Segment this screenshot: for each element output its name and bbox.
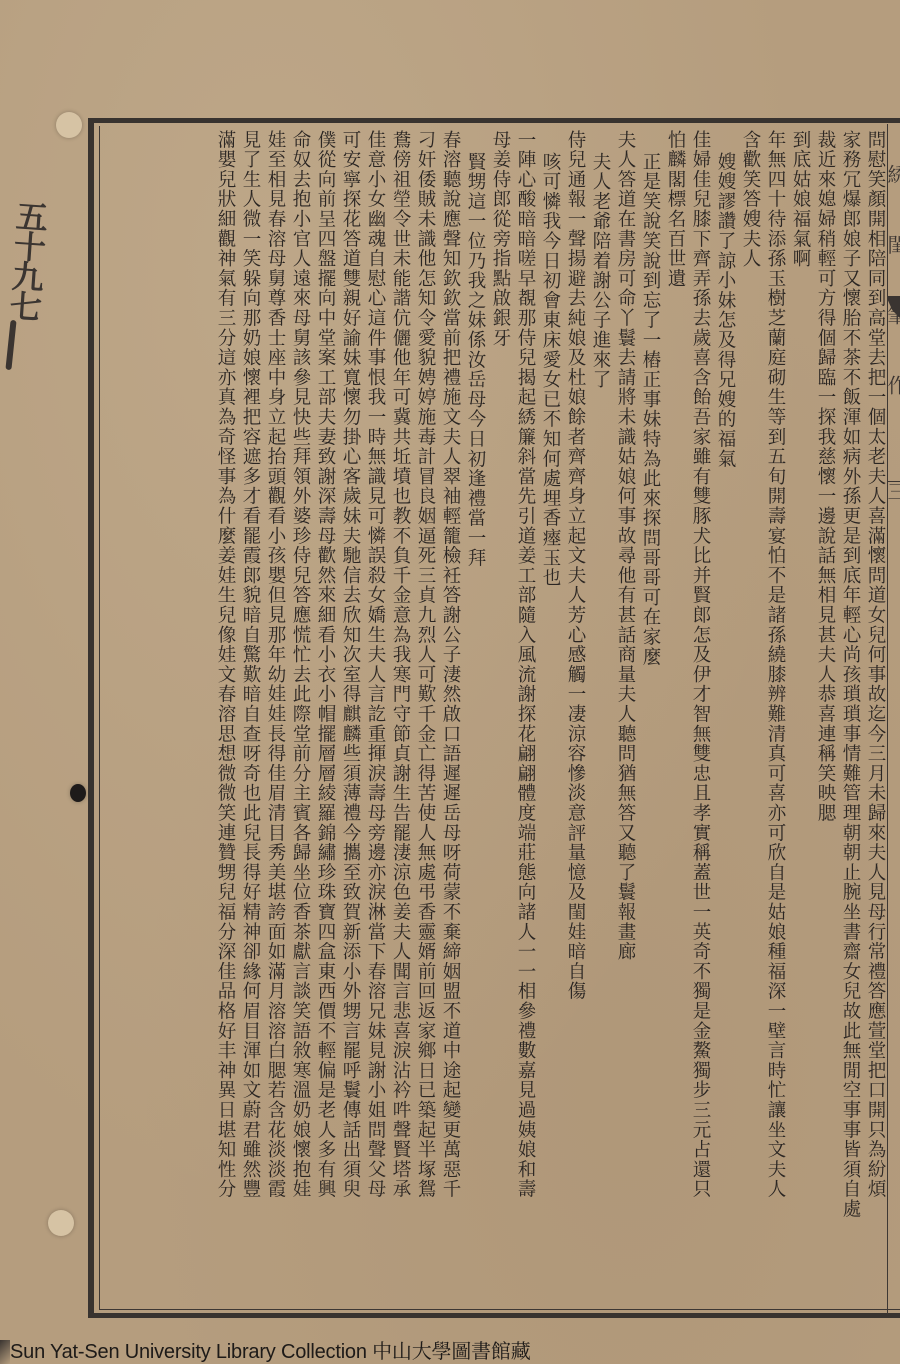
text-column: 裁近來媳婦稍輕可方得個歸臨一探我慈懷一邊說話無相見甚夫人恭喜連稱笑映腮: [815, 130, 835, 823]
text-column: 正是笑說笑說到忘了一樁正事妹特為此來探問哥哥可在家麼: [640, 152, 660, 667]
collection-footer: Sun Yat-Sen University Library Collectio…: [10, 1335, 531, 1364]
page-corner-shadow: [0, 1340, 10, 1364]
text-column: 賢甥這一位乃我之妹係汝岳母今日初逢禮當一拜: [465, 152, 485, 568]
margin-handwritten-note: 五十九七: [0, 199, 54, 322]
banxin-title: 綉 閨 筆 作: [888, 164, 900, 417]
text-column: 僕從向前呈四盤擺向中堂案工部夫妻致謝深壽母歡然來細看小衣小帽擺層層綾羅錦繡珍珠寶…: [315, 130, 335, 1199]
book-page: 五十九七 綉 閨 筆 作 三 問慰笑顏開相陪同到高堂去把一個太老夫人喜滿懷問道女…: [0, 0, 900, 1364]
banxin-fold-column: 綉 閨 筆 作 三: [888, 126, 900, 1311]
text-column: 夫人老爺陪着謝公子進來了: [590, 152, 610, 390]
binding-hole-top: [56, 112, 82, 138]
banxin-page-number: 三: [888, 481, 900, 501]
text-column: 佳婦佳兒膝下齊弄孫去歲喜含飴吾家雖有雙豚犬比并賢郎怎及伊才智無雙忠且孝實稱蓋世一…: [690, 130, 710, 1199]
text-column: 到底姑娘福氣啊: [790, 130, 810, 269]
text-column: 嫂嫂謬讚了諒小妹怎及得兄嫂的福氣: [715, 152, 735, 469]
text-column: 家務冗爆郎娘子又懷胎不茶不飯渾如病外孫更是到底年輕心尚孩瑣瑣事情難管理朝朝止腕坐…: [840, 130, 860, 1219]
text-column: 年無四十待添孫玉樹芝蘭庭砌生等到五旬開壽宴怕不是諸孫繞膝辨難清真可喜亦可欣自是姑…: [765, 130, 785, 1199]
text-column: 見了生人微一笑躲向那奶娘懷裡把容遮多才看罷霞郎貌暗自驚歎暗自查呀奇也此兒長得好精…: [240, 130, 260, 1199]
margin-brush-stroke: [5, 320, 16, 370]
text-column: 咳可憐我今日初會東床愛女已不知何處埋香瘞玉也: [540, 152, 560, 588]
text-column: 含歡笑答嫂夫人: [740, 130, 760, 269]
text-column: 命奴去抱小官人遠來母舅該參見快些拜領外婆珍侍兒答應慌忙去此際堂前分主賓各歸坐位香…: [290, 130, 310, 1199]
text-column: 怕麟閣標名百世遺: [665, 130, 685, 288]
binding-hole-middle: [70, 784, 86, 802]
text-column: 可安寧探花答道雙親好諭妹寬懷勿掛心客歲妹夫馳信去欣知次室得麒麟些須薄禮今攜至致賀…: [340, 130, 360, 1199]
text-column: 侍兒通報一聲揚避去純娘及杜娘餘者齊齊身立起文夫人芳心感觸一凄涼容慘淡意評量憶及閨…: [565, 130, 585, 1001]
text-column: 春溶聽說應聲知欽欽當前把禮施文夫人翠袖輕籠檢衽答謝公子淒然啟口語遲遲岳母呀荷蒙不…: [440, 130, 460, 1199]
text-column: 刁奸倭賊未識他怎知令愛貌娉婷施毒計冒良姻逼死三貞九烈人可歎千金亡得苦使人無處弔香…: [415, 130, 435, 1199]
text-column: 一陣心酸暗暗嗟早覩那侍兒揭起綉簾斜當先引道姜工部隨入風流謝探花翩翩體度端莊態向諸…: [515, 130, 535, 1199]
text-column: 佳意小女幽魂自慰心這件事恨我一時無識見可憐誤殺女嬌生夫人言訖重揮淚壽母旁邊亦淚淋…: [365, 130, 385, 1199]
text-column: 鴦傍祖塋令世未能諧伉儷他年可冀共坵墳也教不負千金意為我寒門守節貞謝生告罷淒涼色姜…: [390, 130, 410, 1199]
binding-hole-bottom: [48, 1210, 74, 1236]
text-column: 問慰笑顏開相陪同到高堂去把一個太老夫人喜滿懷問道女兒何事故迄今三月未歸來夫人見母…: [865, 130, 885, 1199]
text-column: 滿嬰兒狀細觀神氣有三分這亦真為奇怪事為什麼姜娃生兒像娃文春溶思想微微笑連贊甥兒福…: [215, 130, 235, 1199]
text-column: 娃至相見春溶母舅尊香士座中身立起抬頭觀看小孩嬰但見那年幼娃娃長得佳眉清目秀美堪誇…: [265, 130, 285, 1199]
main-text-block: 問慰笑顏開相陪同到高堂去把一個太老夫人喜滿懷問道女兒何事故迄今三月未歸來夫人見母…: [103, 130, 885, 1305]
text-column: 夫人答道在書房可命丫鬟去請將未識姑娘何事故尋他有甚話商量夫人聽問猶無答又聽了鬟報…: [615, 130, 635, 962]
text-column: 母姜侍郎從旁指點啟銀牙: [490, 130, 510, 348]
